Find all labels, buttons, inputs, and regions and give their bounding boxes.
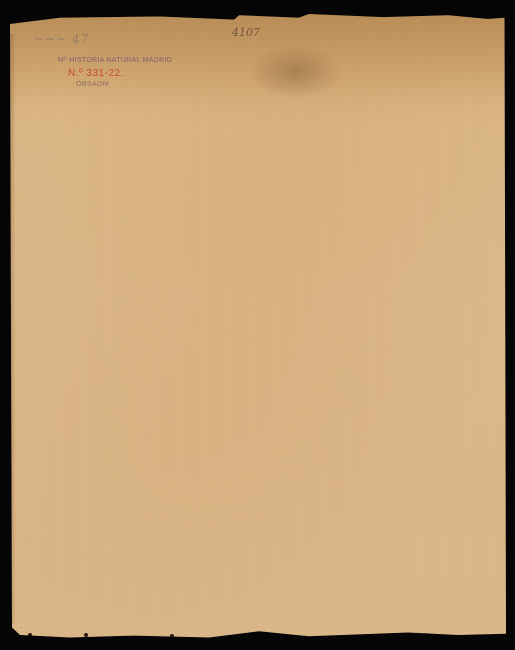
museum-stamp: Mº HISTORIA NATURAL MADRID <box>58 57 172 64</box>
accession-number: N.º 331-22. <box>68 68 124 79</box>
binding-hole-mark <box>170 634 174 638</box>
binding-hole-mark <box>84 633 88 637</box>
ink-blot <box>248 44 343 99</box>
binding-hole-mark <box>28 633 32 637</box>
left-edge-shadow <box>10 34 16 624</box>
catalog-number: 4107 <box>232 26 260 39</box>
binding-hole-mark <box>424 633 428 637</box>
pencil-inscription: ~~~ 47 <box>34 32 89 46</box>
paper-sheet: ~~~ 47 4107 Mº HISTORIA NATURAL MADRID N… <box>10 14 508 640</box>
stamp-subtext: OBSAOM <box>76 81 109 88</box>
